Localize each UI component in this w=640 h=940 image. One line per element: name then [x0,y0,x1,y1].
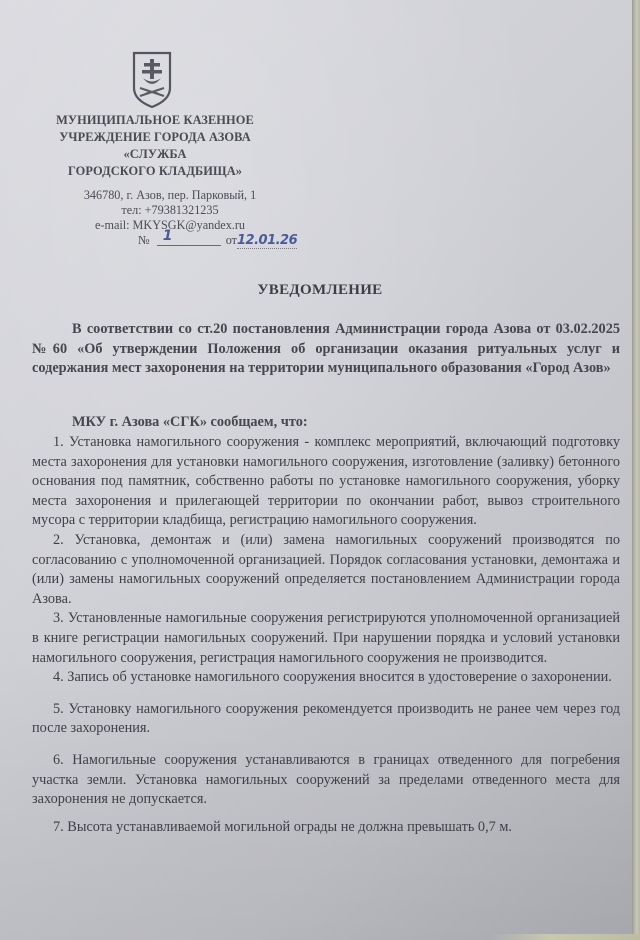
intro-text: МКУ г. Азова «СГК» сообщаем, что: [32,413,620,433]
reg-number-handwritten: 1 [163,228,173,244]
notice-items-list: 1. Установка намогильного сооружения - к… [32,433,620,837]
list-item: 2. Установка, демонтаж и (или) замена на… [32,531,620,609]
reg-number-field: 1 [157,232,221,246]
paper-edge [632,0,640,940]
preamble-paragraph: В соответствии со ст.20 постановления Ад… [32,320,620,379]
date-handwritten: 12.01.26 [237,233,297,249]
date-label: от [226,233,237,247]
contact-block: 346780, г. Азов, пер. Парковый, 1 тел: +… [60,188,280,233]
address: 346780, г. Азов, пер. Парковый, 1 [60,188,280,203]
list-item: 1. Установка намогильного сооружения - к… [32,433,620,531]
list-item: 5. Установку намогильного сооружения рек… [32,700,620,739]
list-item: 3. Установленные намогильные сооружения … [32,609,620,668]
desk-surface-edge [490,934,640,940]
reg-number-label: № [138,233,150,247]
document-title: УВЕДОМЛЕНИЕ [0,282,640,299]
preamble-text: В соответствии со ст.20 постановления Ад… [32,320,620,379]
list-item: 6. Намогильные сооружения устанавливаютс… [32,751,620,810]
registration-line: № 1 от12.01.26 [138,232,297,248]
phone: тел: +79381321235 [60,203,280,218]
intro-line: МКУ г. Азова «СГК» сообщаем, что: [32,413,620,433]
org-name-line: ГОРОДСКОГО КЛАДБИЩА» [30,163,280,180]
org-name-line: МУНИЦИПАЛЬНОЕ КАЗЕННОЕ [30,112,280,129]
list-item: 4. Запись об установке намогильного соор… [32,668,620,688]
list-item: 7. Высота устанавливаемой могильной огра… [32,818,620,838]
azov-coat-of-arms-icon [131,50,173,110]
org-name-line: УЧРЕЖДЕНИЕ ГОРОДА АЗОВА «СЛУЖБА [30,129,280,163]
organization-name: МУНИЦИПАЛЬНОЕ КАЗЕННОЕ УЧРЕЖДЕНИЕ ГОРОДА… [30,112,280,180]
